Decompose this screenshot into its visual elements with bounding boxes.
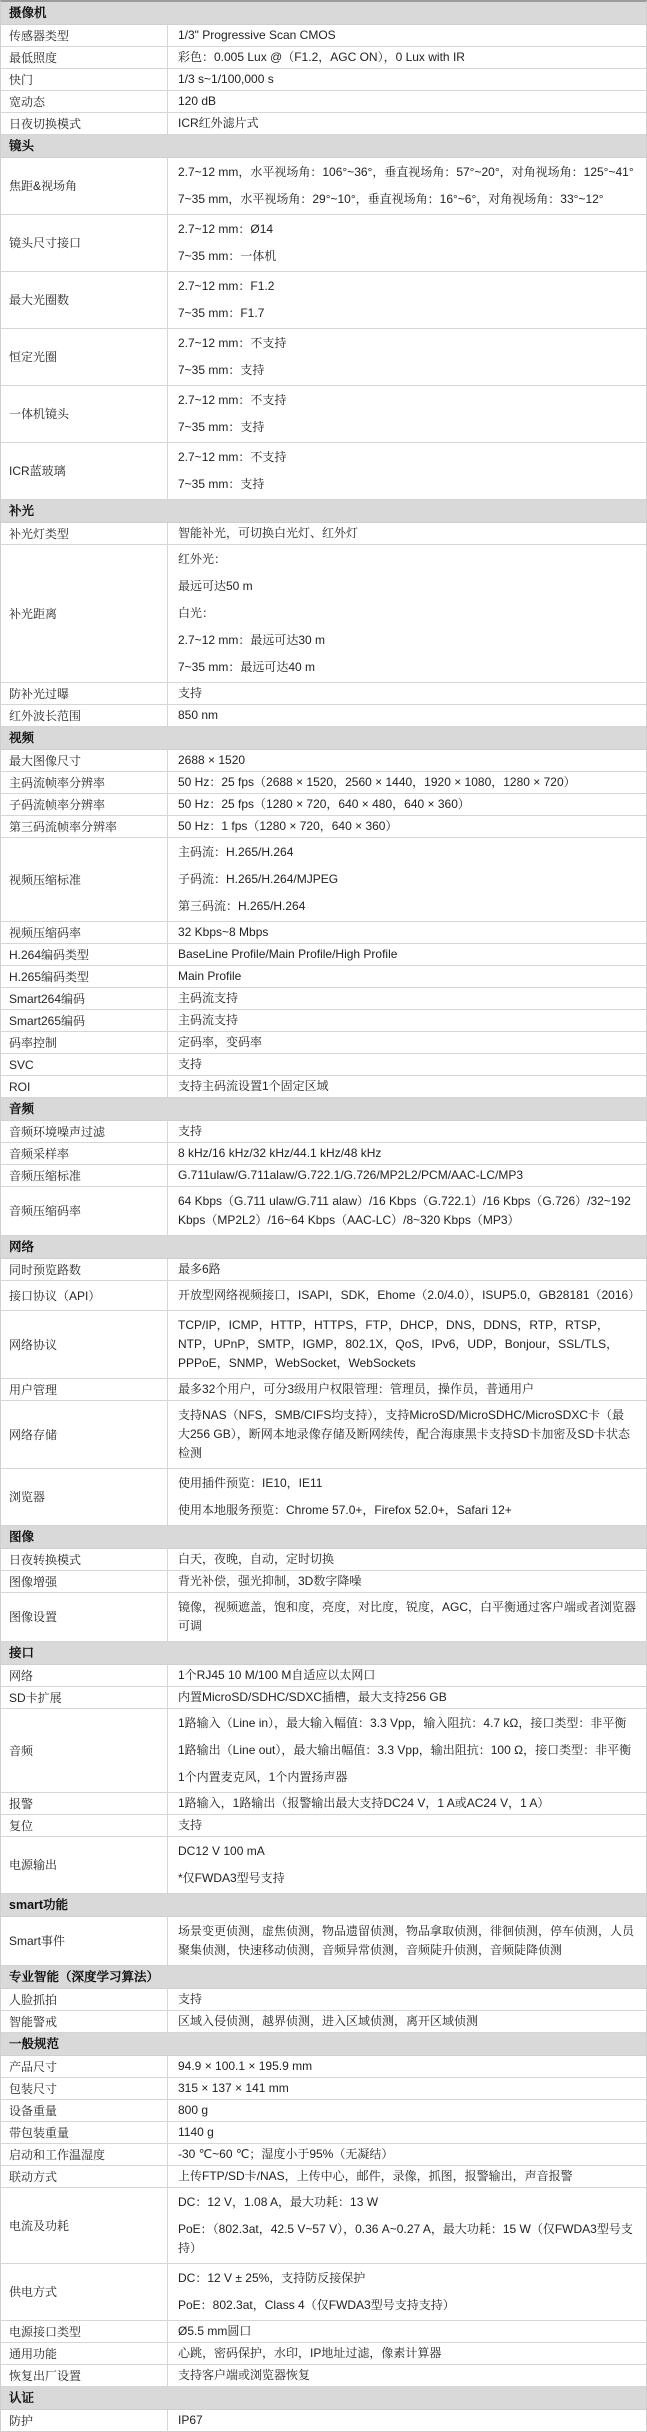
row-label: ICR蓝玻璃 [1,443,167,499]
value-line: DC12 V 100 mA [178,1838,636,1865]
row-value: 支持客户端或浏览器恢复 [167,2365,646,2386]
value-line: 2.7~12 mm：不支持 [178,330,636,357]
row-label: 电流及功耗 [1,2188,167,2263]
row-label: 恢复出厂设置 [1,2365,167,2386]
row-value: 支持NAS（NFS，SMB/CIFS均支持），支持MicroSD/MicroSD… [167,1401,646,1468]
spec-row: 电源输出DC12 V 100 mA*仅FWDA3型号支持 [1,1837,646,1894]
value-line: 1个RJ45 10 M/100 M自适应以太网口 [178,1666,636,1685]
row-label: 同时预览路数 [1,1259,167,1280]
row-label-text: 防补光过曝 [9,686,69,702]
spec-row: 日夜转换模式白天，夜晚，自动，定时切换 [1,1549,646,1571]
row-label: 浏览器 [1,1469,167,1525]
row-value: 定码率，变码率 [167,1032,646,1053]
row-value: 支持 [167,1054,646,1075]
spec-row: 传感器类型1/3" Progressive Scan CMOS [1,25,646,47]
row-value: 1路输入，1路输出（报警输出最大支持DC24 V，1 A或AC24 V，1 A） [167,1793,646,1814]
row-label-text: 联动方式 [9,2169,57,2185]
row-label: 第三码流帧率分辨率 [1,816,167,837]
row-label-text: 浏览器 [9,1489,45,1505]
value-line: 心跳，密码保护，水印，IP地址过滤，像素计算器 [178,2344,636,2363]
row-value: 1/3 s~1/100,000 s [167,69,646,90]
value-line: 子码流：H.265/H.264/MJPEG [178,866,636,893]
row-label-text: 传感器类型 [9,28,69,44]
row-label: 视频压缩码率 [1,922,167,943]
row-label: 码率控制 [1,1032,167,1053]
row-value: 支持 [167,1815,646,1836]
value-line: 315 × 137 × 141 mm [178,2079,636,2098]
row-label-text: Smart265编码 [9,1013,85,1029]
row-value: 镜像，视频遮盖，饱和度，亮度，对比度，锐度，AGC，白平衡通过客户端或者浏览器可… [167,1593,646,1641]
row-label-text: 音频采样率 [9,1146,69,1162]
row-label-text: 镜头尺寸接口 [9,235,81,251]
row-label-text: 网络协议 [9,1337,57,1353]
row-label: 图像设置 [1,1593,167,1641]
spec-row: 主码流帧率分辨率50 Hz：25 fps（2688 × 1520，2560 × … [1,772,646,794]
row-label-text: 设备重量 [9,2103,57,2119]
value-line: 最远可达50 m [178,573,636,600]
spec-row: Smart事件场景变更侦测，虚焦侦测，物品遗留侦测，物品拿取侦测，徘徊侦测，停车… [1,1917,646,1966]
value-line: 最多32个用户，可分3级用户权限管理：管理员，操作员，普通用户 [178,1380,636,1399]
row-value: 主码流支持 [167,988,646,1009]
spec-row: 用户管理最多32个用户，可分3级用户权限管理：管理员，操作员，普通用户 [1,1379,646,1401]
row-label: 设备重量 [1,2100,167,2121]
row-value: BaseLine Profile/Main Profile/High Profi… [167,944,646,965]
value-line: 第三码流：H.265/H.264 [178,893,636,920]
row-value: 支持 [167,1121,646,1142]
spec-row: 最大光圈数2.7~12 mm：F1.27~35 mm：F1.7 [1,272,646,329]
value-line: 2.7~12 mm，水平视场角：106°~36°，垂直视场角：57°~20°，对… [178,159,636,186]
row-label-text: 人脸抓拍 [9,1992,57,2008]
row-label: 用户管理 [1,1379,167,1400]
spec-row: 图像设置镜像，视频遮盖，饱和度，亮度，对比度，锐度，AGC，白平衡通过客户端或者… [1,1593,646,1642]
spec-row: 补光灯类型智能补光，可切换白光灯、红外灯 [1,523,646,545]
value-line: IP67 [178,2411,636,2430]
section-header: 一般规范 [1,2033,646,2056]
value-line: 支持 [178,684,636,703]
row-label-text: 网络 [9,1668,33,1684]
spec-row: 启动和工作温湿度-30 ℃~60 ℃；湿度小于95%（无凝结） [1,2144,646,2166]
row-label: 人脸抓拍 [1,1989,167,2010]
row-label: 图像增强 [1,1571,167,1592]
value-line: 定码率，变码率 [178,1033,636,1052]
section-header: 视频 [1,727,646,750]
row-label-text: 网络存储 [9,1427,57,1443]
spec-row: 电流及功耗DC：12 V，1.08 A，最大功耗：13 WPoE：（802.3a… [1,2188,646,2264]
row-value: Ø5.5 mm圆口 [167,2321,646,2342]
spec-row: 补光距离红外光：最远可达50 m白光：2.7~12 mm：最远可达30 m7~3… [1,545,646,683]
value-line: 主码流：H.265/H.264 [178,839,636,866]
spec-row: ROI支持主码流设置1个固定区域 [1,1076,646,1098]
row-value: 2688 × 1520 [167,750,646,771]
row-label: 网络协议 [1,1311,167,1378]
row-label-text: 视频压缩码率 [9,925,81,941]
value-line: 7~35 mm：F1.7 [178,300,636,327]
spec-row: H.265编码类型Main Profile [1,966,646,988]
section-header: 音频 [1,1098,646,1121]
row-label-text: 产品尺寸 [9,2059,57,2075]
spec-row: 快门1/3 s~1/100,000 s [1,69,646,91]
row-label: 接口协议（API） [1,1281,167,1310]
row-value: TCP/IP，ICMP，HTTP，HTTPS，FTP，DHCP，DNS，DDNS… [167,1311,646,1378]
row-label: 主码流帧率分辨率 [1,772,167,793]
value-line: 1路输出（Line out），最大输出幅值：3.3 Vpp，输出阻抗：100 Ω… [178,1737,636,1764]
value-line: 50 Hz：1 fps（1280 × 720，640 × 360） [178,817,636,836]
row-label-text: 图像增强 [9,1574,57,1590]
value-line: *仅FWDA3型号支持 [178,1865,636,1892]
row-value: IP67 [167,2410,646,2431]
row-value: 主码流支持 [167,1010,646,1031]
spec-row: 音频1路输入（Line in），最大输入幅值：3.3 Vpp，输入阻抗：4.7 … [1,1709,646,1793]
row-label: Smart264编码 [1,988,167,1009]
row-label: 网络 [1,1665,167,1686]
row-label-text: 复位 [9,1818,33,1834]
row-label: 联动方式 [1,2166,167,2187]
row-value: 白天，夜晚，自动，定时切换 [167,1549,646,1570]
value-line: 2.7~12 mm：Ø14 [178,216,636,243]
row-label: 补光距离 [1,545,167,682]
row-label: 供电方式 [1,2264,167,2320]
section-header: 专业智能（深度学习算法） [1,1966,646,1989]
value-line: 使用插件预览：IE10，IE11 [178,1470,636,1497]
row-label-text: 最大图像尺寸 [9,753,81,769]
row-label-text: 音频环境噪声过滤 [9,1124,105,1140]
spec-row: 联动方式上传FTP/SD卡/NAS，上传中心，邮件，录像，抓图，报警输出，声音报… [1,2166,646,2188]
row-label: H.264编码类型 [1,944,167,965]
row-label-text: 用户管理 [9,1382,57,1398]
spec-row: 智能警戒区域入侵侦测，越界侦测，进入区域侦测，离开区域侦测 [1,2011,646,2033]
value-line: 7~35 mm：支持 [178,471,636,498]
spec-row: 宽动态120 dB [1,91,646,113]
section-header: 接口 [1,1642,646,1665]
row-label: 启动和工作温湿度 [1,2144,167,2165]
row-value: 2.7~12 mm：F1.27~35 mm：F1.7 [167,272,646,328]
row-value: 支持 [167,1989,646,2010]
row-value: Main Profile [167,966,646,987]
spec-row: 一体机镜头2.7~12 mm：不支持7~35 mm：支持 [1,386,646,443]
value-line: 120 dB [178,92,636,111]
value-line: Main Profile [178,967,636,986]
value-line: 1/3" Progressive Scan CMOS [178,26,636,45]
row-value: 800 g [167,2100,646,2121]
row-label: 最低照度 [1,47,167,68]
value-line: 1/3 s~1/100,000 s [178,70,636,89]
spec-row: 通用功能心跳，密码保护，水印，IP地址过滤，像素计算器 [1,2343,646,2365]
spec-row: 恢复出厂设置支持客户端或浏览器恢复 [1,2365,646,2387]
row-label-text: 子码流帧率分辨率 [9,797,105,813]
spec-row: 视频压缩码率32 Kbps~8 Mbps [1,922,646,944]
row-label: 音频采样率 [1,1143,167,1164]
row-label-text: 带包装重量 [9,2125,69,2141]
row-label: 日夜切换模式 [1,113,167,134]
value-line: 50 Hz：25 fps（2688 × 1520，2560 × 1440，192… [178,773,636,792]
row-value: ICR红外滤片式 [167,113,646,134]
value-line: 智能补光，可切换白光灯、红外灯 [178,524,636,543]
value-line: 64 Kbps（G.711 ulaw/G.711 alaw）/16 Kbps（G… [178,1188,636,1234]
value-line: 2.7~12 mm：不支持 [178,444,636,471]
value-line: 32 Kbps~8 Mbps [178,923,636,942]
row-value: 支持 [167,683,646,704]
spec-row: 视频压缩标准主码流：H.265/H.264子码流：H.265/H.264/MJP… [1,838,646,922]
row-label-text: 视频压缩标准 [9,872,81,888]
row-label-text: Smart事件 [9,1933,65,1949]
value-line: PoE：（802.3at，42.5 V~57 V），0.36 A~0.27 A，… [178,2216,636,2262]
row-value: 上传FTP/SD卡/NAS，上传中心，邮件，录像，抓图，报警输出，声音报警 [167,2166,646,2187]
row-label: 产品尺寸 [1,2056,167,2077]
row-value: 2.7~12 mm：不支持7~35 mm：支持 [167,329,646,385]
row-value: 315 × 137 × 141 mm [167,2078,646,2099]
row-label-text: 通用功能 [9,2346,57,2362]
row-label-text: 音频压缩码率 [9,1203,81,1219]
row-label-text: 焦距&视场角 [9,178,77,194]
spec-row: 设备重量800 g [1,2100,646,2122]
spec-row: 子码流帧率分辨率50 Hz：25 fps（1280 × 720，640 × 48… [1,794,646,816]
value-line: 主码流支持 [178,1011,636,1030]
spec-row: 图像增强背光补偿，强光抑制，3D数字降噪 [1,1571,646,1593]
section-header: 图像 [1,1526,646,1549]
value-line: 1140 g [178,2123,636,2142]
row-label: Smart事件 [1,1917,167,1965]
row-value: 2.7~12 mm：Ø147~35 mm：一体机 [167,215,646,271]
row-label-text: 智能警戒 [9,2014,57,2030]
value-line: 镜像，视频遮盖，饱和度，亮度，对比度，锐度，AGC，白平衡通过客户端或者浏览器可… [178,1594,636,1640]
row-value: DC：12 V ± 25%，支持防反接保护PoE：802.3at，Class 4… [167,2264,646,2320]
value-line: ICR红外滤片式 [178,114,636,133]
row-label: 红外波长范围 [1,705,167,726]
row-label-text: 报警 [9,1796,33,1812]
row-label-text: 图像设置 [9,1609,57,1625]
value-line: 2688 × 1520 [178,751,636,770]
row-value: 94.9 × 100.1 × 195.9 mm [167,2056,646,2077]
row-label-text: 日夜切换模式 [9,116,81,132]
value-line: 内置MicroSD/SDHC/SDXC插槽，最大支持256 GB [178,1688,636,1707]
value-line: 白光： [178,600,636,627]
row-value: 1140 g [167,2122,646,2143]
value-line: 2.7~12 mm：不支持 [178,387,636,414]
row-value: 最多6路 [167,1259,646,1280]
value-line: G.711ulaw/G.711alaw/G.722.1/G.726/MP2L2/… [178,1166,636,1185]
row-label: 防补光过曝 [1,683,167,704]
spec-row: 网络协议TCP/IP，ICMP，HTTP，HTTPS，FTP，DHCP，DNS，… [1,1311,646,1379]
value-line: 支持客户端或浏览器恢复 [178,2366,636,2385]
value-line: BaseLine Profile/Main Profile/High Profi… [178,945,636,964]
value-line: 2.7~12 mm：F1.2 [178,273,636,300]
row-value: 彩色：0.005 Lux @（F1.2，AGC ON），0 Lux with I… [167,47,646,68]
value-line: 94.9 × 100.1 × 195.9 mm [178,2057,636,2076]
spec-row: 带包装重量1140 g [1,2122,646,2144]
row-label-text: 同时预览路数 [9,1262,81,1278]
row-label: 最大图像尺寸 [1,750,167,771]
row-label-text: 补光距离 [9,606,57,622]
spec-row: 防补光过曝支持 [1,683,646,705]
spec-row: 最大图像尺寸2688 × 1520 [1,750,646,772]
spec-row: H.264编码类型BaseLine Profile/Main Profile/H… [1,944,646,966]
row-value: 背光补偿，强光抑制，3D数字降噪 [167,1571,646,1592]
row-label-text: 恒定光圈 [9,349,57,365]
row-label: 音频压缩标准 [1,1165,167,1186]
row-label: 子码流帧率分辨率 [1,794,167,815]
spec-row: Smart265编码主码流支持 [1,1010,646,1032]
value-line: 支持 [178,1055,636,1074]
value-line: TCP/IP，ICMP，HTTP，HTTPS，FTP，DHCP，DNS，DDNS… [178,1312,636,1377]
value-line: 红外光： [178,546,636,573]
section-header: 补光 [1,500,646,523]
row-value: 850 nm [167,705,646,726]
row-label-text: 最低照度 [9,50,57,66]
row-value: 内置MicroSD/SDHC/SDXC插槽，最大支持256 GB [167,1687,646,1708]
row-value: 开放型网络视频接口，ISAPI，SDK，Ehome（2.0/4.0），ISUP5… [167,1281,646,1310]
spec-row: 第三码流帧率分辨率50 Hz：1 fps（1280 × 720，640 × 36… [1,816,646,838]
value-line: 850 nm [178,706,636,725]
row-value: DC：12 V，1.08 A，最大功耗：13 WPoE：（802.3at，42.… [167,2188,646,2263]
row-label: 恒定光圈 [1,329,167,385]
row-label: H.265编码类型 [1,966,167,987]
value-line: DC：12 V，1.08 A，最大功耗：13 W [178,2189,636,2216]
row-value: 1路输入（Line in），最大输入幅值：3.3 Vpp，输入阻抗：4.7 kΩ… [167,1709,646,1792]
value-line: -30 ℃~60 ℃；湿度小于95%（无凝结） [178,2145,636,2164]
row-label-text: 快门 [9,72,33,88]
row-label-text: 供电方式 [9,2284,57,2300]
spec-row: 日夜切换模式ICR红外滤片式 [1,113,646,135]
row-label: 视频压缩标准 [1,838,167,921]
row-label-text: 日夜转换模式 [9,1552,81,1568]
row-label-text: 电源接口类型 [9,2324,81,2340]
row-label-text: 电源输出 [9,1857,57,1873]
value-line: 支持主码流设置1个固定区域 [178,1077,636,1096]
row-label: 网络存储 [1,1401,167,1468]
value-line: 7~35 mm：支持 [178,414,636,441]
row-value: 支持主码流设置1个固定区域 [167,1076,646,1097]
value-line: 7~35 mm：一体机 [178,243,636,270]
value-line: Ø5.5 mm圆口 [178,2322,636,2341]
row-label: 音频环境噪声过滤 [1,1121,167,1142]
value-line: 支持 [178,1990,636,2009]
value-line: 800 g [178,2101,636,2120]
row-label: 报警 [1,1793,167,1814]
spec-row: SVC支持 [1,1054,646,1076]
value-line: 支持NAS（NFS，SMB/CIFS均支持），支持MicroSD/MicroSD… [178,1402,636,1467]
row-label: 传感器类型 [1,25,167,46]
value-line: 7~35 mm：最远可达40 m [178,654,636,681]
row-value: 使用插件预览：IE10，IE11使用本地服务预览：Chrome 57.0+，Fi… [167,1469,646,1525]
row-label-text: 第三码流帧率分辨率 [9,819,117,835]
row-label: ROI [1,1076,167,1097]
section-header: 镜头 [1,135,646,158]
row-label-text: SD卡扩展 [9,1690,62,1706]
row-value: 50 Hz：25 fps（2688 × 1520，2560 × 1440，192… [167,772,646,793]
row-value: 50 Hz：25 fps（1280 × 720，640 × 480，640 × … [167,794,646,815]
spec-row: 最低照度彩色：0.005 Lux @（F1.2，AGC ON），0 Lux wi… [1,47,646,69]
row-label: SD卡扩展 [1,1687,167,1708]
spec-row: ICR蓝玻璃2.7~12 mm：不支持7~35 mm：支持 [1,443,646,500]
row-label: 快门 [1,69,167,90]
row-label: 宽动态 [1,91,167,112]
row-label-text: 红外波长范围 [9,708,81,724]
row-value: 场景变更侦测，虚焦侦测，物品遗留侦测，物品拿取侦测，徘徊侦测，停车侦测，人员聚集… [167,1917,646,1965]
value-line: 上传FTP/SD卡/NAS，上传中心，邮件，录像，抓图，报警输出，声音报警 [178,2167,636,2186]
value-line: 1路输入（Line in），最大输入幅值：3.3 Vpp，输入阻抗：4.7 kΩ… [178,1710,636,1737]
row-label: 补光灯类型 [1,523,167,544]
row-label: 包装尺寸 [1,2078,167,2099]
row-label: 通用功能 [1,2343,167,2364]
value-line: 7~35 mm，水平视场角：29°~10°，垂直视场角：16°~6°，对角视场角… [178,186,636,213]
spec-row: 电源接口类型Ø5.5 mm圆口 [1,2321,646,2343]
row-label-text: Smart264编码 [9,991,85,1007]
row-value: 8 kHz/16 kHz/32 kHz/44.1 kHz/48 kHz [167,1143,646,1164]
row-label: 防护 [1,2410,167,2431]
row-label: Smart265编码 [1,1010,167,1031]
row-label: 音频压缩码率 [1,1187,167,1235]
row-value: 50 Hz：1 fps（1280 × 720，640 × 360） [167,816,646,837]
row-label: 最大光圈数 [1,272,167,328]
row-label-text: 一体机镜头 [9,406,69,422]
row-label-text: 最大光圈数 [9,292,69,308]
spec-row: 音频环境噪声过滤支持 [1,1121,646,1143]
row-value: DC12 V 100 mA*仅FWDA3型号支持 [167,1837,646,1893]
row-label-text: 包装尺寸 [9,2081,57,2097]
row-value: 主码流：H.265/H.264子码流：H.265/H.264/MJPEG第三码流… [167,838,646,921]
row-label-text: 码率控制 [9,1035,57,1051]
row-value: -30 ℃~60 ℃；湿度小于95%（无凝结） [167,2144,646,2165]
row-value: 心跳，密码保护，水印，IP地址过滤，像素计算器 [167,2343,646,2364]
row-label: 电源输出 [1,1837,167,1893]
row-label: 日夜转换模式 [1,1549,167,1570]
row-value: 红外光：最远可达50 m白光：2.7~12 mm：最远可达30 m7~35 mm… [167,545,646,682]
section-header: 网络 [1,1236,646,1259]
value-line: 主码流支持 [178,989,636,1008]
spec-row: 包装尺寸315 × 137 × 141 mm [1,2078,646,2100]
value-line: 支持 [178,1122,636,1141]
spec-row: 焦距&视场角2.7~12 mm，水平视场角：106°~36°，垂直视场角：57°… [1,158,646,215]
row-value: 最多32个用户，可分3级用户权限管理：管理员，操作员，普通用户 [167,1379,646,1400]
value-line: 区域入侵侦测，越界侦测，进入区域侦测，离开区域侦测 [178,2012,636,2031]
spec-row: 人脸抓拍支持 [1,1989,646,2011]
row-label-text: 宽动态 [9,94,45,110]
row-label: 电源接口类型 [1,2321,167,2342]
row-value: 2.7~12 mm，水平视场角：106°~36°，垂直视场角：57°~20°，对… [167,158,646,214]
spec-row: 码率控制定码率，变码率 [1,1032,646,1054]
row-label: 智能警戒 [1,2011,167,2032]
spec-row: SD卡扩展内置MicroSD/SDHC/SDXC插槽，最大支持256 GB [1,1687,646,1709]
row-value: G.711ulaw/G.711alaw/G.722.1/G.726/MP2L2/… [167,1165,646,1186]
spec-row: 供电方式DC：12 V ± 25%，支持防反接保护PoE：802.3at，Cla… [1,2264,646,2321]
spec-row: 恒定光圈2.7~12 mm：不支持7~35 mm：支持 [1,329,646,386]
row-value: 2.7~12 mm：不支持7~35 mm：支持 [167,443,646,499]
section-header: smart功能 [1,1894,646,1917]
value-line: 支持 [178,1816,636,1835]
value-line: 场景变更侦测，虚焦侦测，物品遗留侦测，物品拿取侦测，徘徊侦测，停车侦测，人员聚集… [178,1918,636,1964]
row-label-text: 音频 [9,1743,33,1759]
spec-row: 镜头尺寸接口2.7~12 mm：Ø147~35 mm：一体机 [1,215,646,272]
spec-row: 浏览器使用插件预览：IE10，IE11使用本地服务预览：Chrome 57.0+… [1,1469,646,1526]
spec-table: 摄像机传感器类型1/3" Progressive Scan CMOS最低照度彩色… [0,0,647,2432]
row-label-text: 接口协议（API） [9,1288,100,1304]
row-label-text: H.264编码类型 [9,947,89,963]
row-label-text: ICR蓝玻璃 [9,463,66,479]
row-label-text: 补光灯类型 [9,526,69,542]
row-label-text: H.265编码类型 [9,969,89,985]
spec-row: 红外波长范围850 nm [1,705,646,727]
spec-row: Smart264编码主码流支持 [1,988,646,1010]
spec-row: 音频采样率8 kHz/16 kHz/32 kHz/44.1 kHz/48 kHz [1,1143,646,1165]
row-label: 音频 [1,1709,167,1792]
value-line: 白天，夜晚，自动，定时切换 [178,1550,636,1569]
value-line: 8 kHz/16 kHz/32 kHz/44.1 kHz/48 kHz [178,1144,636,1163]
row-value: 2.7~12 mm：不支持7~35 mm：支持 [167,386,646,442]
value-line: 50 Hz：25 fps（1280 × 720，640 × 480，640 × … [178,795,636,814]
row-label-text: SVC [9,1057,34,1073]
value-line: 开放型网络视频接口，ISAPI，SDK，Ehome（2.0/4.0），ISUP5… [178,1282,636,1309]
row-label-text: 主码流帧率分辨率 [9,775,105,791]
